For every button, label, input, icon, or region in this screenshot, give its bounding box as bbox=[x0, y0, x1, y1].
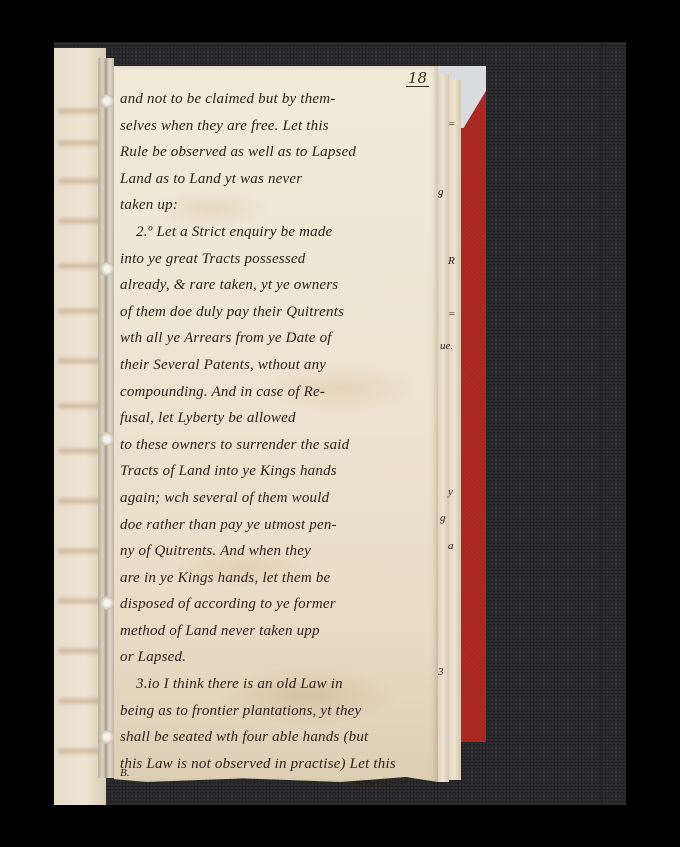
text-line-section-2: 2.º Let a Strict enquiry be made bbox=[120, 219, 432, 246]
text-line: to these owners to surrender the said bbox=[120, 432, 432, 459]
text-line: already, & rare taken, yt ye owners bbox=[120, 272, 432, 299]
text-line: Land as to Land yt was never bbox=[120, 166, 432, 193]
bleed-through-ink bbox=[58, 358, 102, 364]
text-line: taken up: bbox=[120, 192, 432, 219]
binding-gutter bbox=[98, 58, 114, 778]
binding-stitch bbox=[100, 94, 114, 108]
text-line: ny of Quitrents. And when they bbox=[120, 538, 432, 565]
bleed-through-ink bbox=[58, 748, 102, 754]
bleed-through-ink bbox=[58, 308, 102, 314]
text-line: into ye great Tracts possessed bbox=[120, 246, 432, 273]
text-line: fusal, let Lyberty be allowed bbox=[120, 405, 432, 432]
margin-mark: = bbox=[448, 118, 455, 130]
bleed-through-ink bbox=[58, 403, 102, 409]
bleed-through-ink bbox=[58, 218, 102, 224]
text-line: of them doe duly pay their Quitrents bbox=[120, 299, 432, 326]
text-line: being as to frontier plantations, yt the… bbox=[120, 698, 432, 725]
binding-stitch bbox=[100, 596, 114, 610]
binding-stitch bbox=[100, 432, 114, 446]
catchword: practise bbox=[355, 776, 394, 791]
text-line: compounding. And in case of Re- bbox=[120, 379, 432, 406]
text-line: Rule be observed as well as to Lapsed bbox=[120, 139, 432, 166]
margin-mark: 3 bbox=[438, 666, 444, 678]
margin-mark: y bbox=[448, 486, 453, 498]
margin-mark: ue. bbox=[440, 340, 453, 352]
bleed-through-ink bbox=[58, 263, 102, 269]
text-line: method of Land never taken upp bbox=[120, 618, 432, 645]
binding-stitch bbox=[100, 262, 114, 276]
text-line: disposed of according to ye former bbox=[120, 591, 432, 618]
margin-mark: g bbox=[440, 512, 446, 524]
signature-mark: B. bbox=[120, 767, 129, 779]
text-line: their Several Patents, wthout any bbox=[120, 352, 432, 379]
bleed-through-ink bbox=[58, 548, 102, 554]
bleed-through-ink bbox=[58, 698, 102, 704]
text-line: doe rather than pay ye utmost pen- bbox=[120, 512, 432, 539]
margin-mark: R bbox=[448, 255, 455, 267]
page-number: 18 bbox=[406, 70, 429, 87]
manuscript-text: and not to be claimed but by them- selve… bbox=[120, 86, 432, 777]
bleed-through-ink bbox=[58, 648, 102, 654]
binding-stitch bbox=[100, 730, 114, 744]
text-line: Tracts of Land into ye Kings hands bbox=[120, 458, 432, 485]
text-line: this Law is not observed in practise) Le… bbox=[120, 751, 432, 778]
margin-mark: g bbox=[438, 186, 444, 198]
text-line: are in ye Kings hands, let them be bbox=[120, 565, 432, 592]
bleed-through-ink bbox=[58, 140, 102, 146]
margin-mark: = bbox=[448, 308, 455, 320]
text-line: again; wch several of them would bbox=[120, 485, 432, 512]
bleed-through-ink bbox=[58, 498, 102, 504]
text-line-section-3: 3.io I think there is an old Law in bbox=[120, 671, 432, 698]
bleed-through-ink bbox=[58, 598, 102, 604]
text-line: or Lapsed. bbox=[120, 644, 432, 671]
bleed-through-ink bbox=[58, 178, 102, 184]
margin-mark: a bbox=[448, 540, 454, 552]
text-line: wth all ye Arrears from ye Date of bbox=[120, 325, 432, 352]
bleed-through-ink bbox=[58, 448, 102, 454]
board-edge-line bbox=[600, 42, 602, 805]
bleed-through-ink bbox=[58, 108, 102, 114]
text-line: and not to be claimed but by them- bbox=[120, 86, 432, 113]
text-line: selves when they are free. Let this bbox=[120, 113, 432, 140]
text-line: shall be seated wth four able hands (but bbox=[120, 724, 432, 751]
